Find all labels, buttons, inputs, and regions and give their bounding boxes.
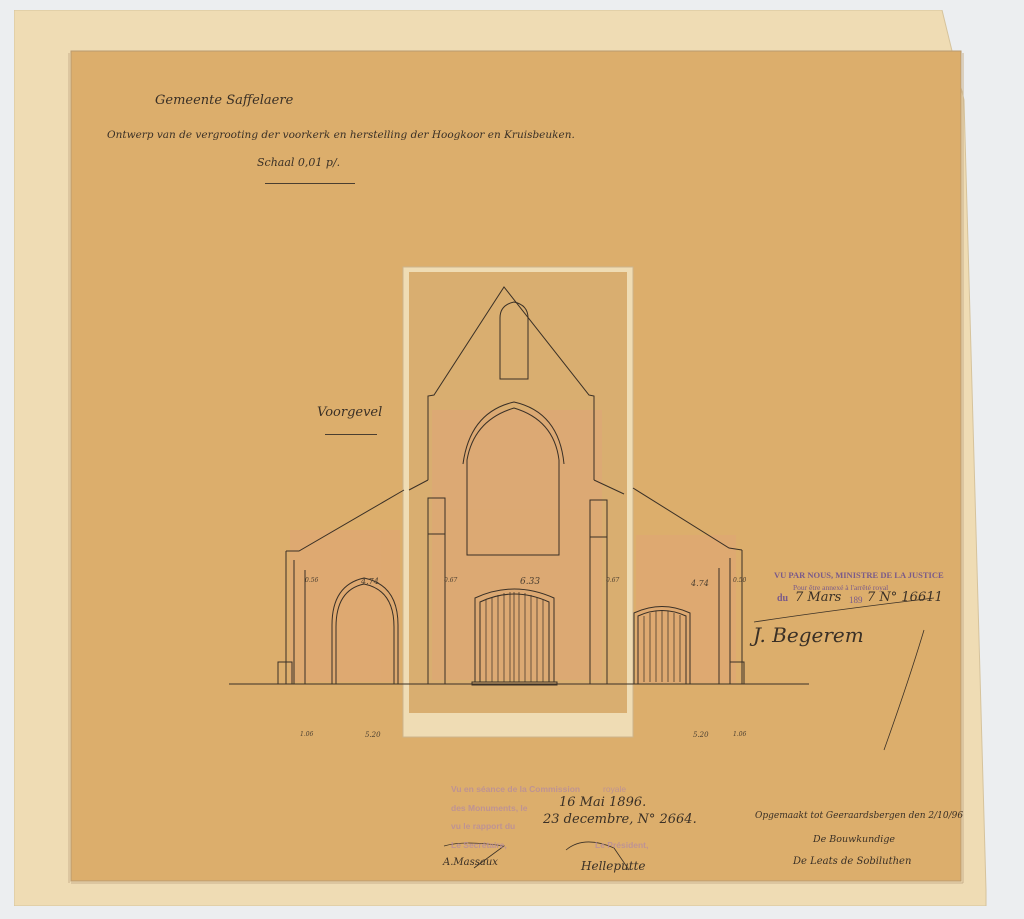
architect-note-line2: De Bouwkundige	[813, 834, 895, 845]
commission-report: 23 decembre, N° 2664.	[543, 812, 697, 827]
ministry-stamp-line1: VU PAR NOUS, MINISTRE DE LA JUSTICE	[774, 570, 944, 580]
architect-note-line3: De Leats de Sobiluthen	[793, 856, 911, 867]
commission-line3a: vu le rapport du	[451, 821, 515, 831]
municipality-title: Gemeente Saffelaere	[155, 93, 293, 108]
dim-bottom-left-outer: 1.06	[300, 731, 313, 738]
ministry-stamp-du: du	[777, 593, 788, 604]
president-label: Le Président,	[595, 840, 648, 850]
dim-bottom-right-outer: 1.06	[733, 731, 746, 738]
commission-line2a: des Monuments, le	[451, 803, 528, 813]
project-title: Ontwerp van de vergrooting der voorkerk …	[107, 129, 575, 141]
view-label-underline	[325, 434, 377, 435]
commission-date: 16 Mai 1896.	[559, 795, 646, 810]
dim-left-pilaster: 0.67	[444, 577, 457, 584]
scale-label: Schaal 0,01 p/.	[257, 156, 340, 169]
architect-note-line1: Opgemaakt tot Geeraardsbergen den 2/10/9…	[755, 811, 963, 821]
dim-center-door: 6.33	[520, 577, 540, 587]
dim-bottom-right: 5.20	[693, 731, 709, 739]
dim-left-buttress: 0.56	[305, 577, 318, 584]
dim-right-pilaster: 0.67	[606, 577, 619, 584]
dim-right-buttress: 0.50	[733, 577, 746, 584]
dim-bottom-left: 5.20	[365, 731, 381, 739]
commission-line1b: royale	[603, 784, 626, 794]
ministry-stamp-year-prefix: 189	[849, 595, 863, 605]
ministry-stamp-number: 7 N° 16611	[867, 590, 943, 605]
minister-signature: J. Begerem	[753, 623, 864, 647]
president-signature: Helleputte	[581, 859, 646, 873]
drawing-sheet: Gemeente Saffelaere Ontwerp van de vergr…	[71, 51, 961, 881]
mount-board: Gemeente Saffelaere Ontwerp van de vergr…	[14, 10, 1014, 906]
secretary-signature: A.Massaux	[443, 857, 498, 868]
commission-line1a: Vu en séance de la Commission	[451, 784, 580, 794]
dim-left-door: 4.74	[361, 577, 379, 586]
view-label: Voorgevel	[317, 405, 382, 420]
scale-underline	[265, 183, 355, 184]
secretary-label: Le Secrétaire,	[451, 840, 507, 850]
dim-right-door: 4.74	[691, 579, 709, 588]
ministry-stamp-date: 7 Mars	[795, 590, 841, 605]
